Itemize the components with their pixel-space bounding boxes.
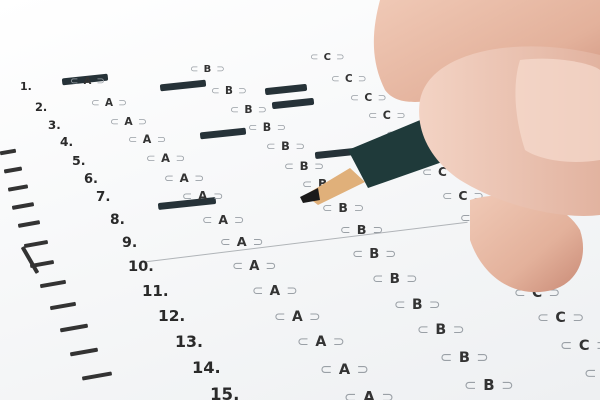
hand-with-pencil <box>0 0 600 400</box>
answer-sheet-photo: 1.⊂ A ⊃⊂ B ⊃⊂ C ⊃2.⊂ A ⊃⊂ B ⊃⊂ C ⊃3.⊂ A … <box>0 0 600 400</box>
thumbnail <box>515 59 600 162</box>
